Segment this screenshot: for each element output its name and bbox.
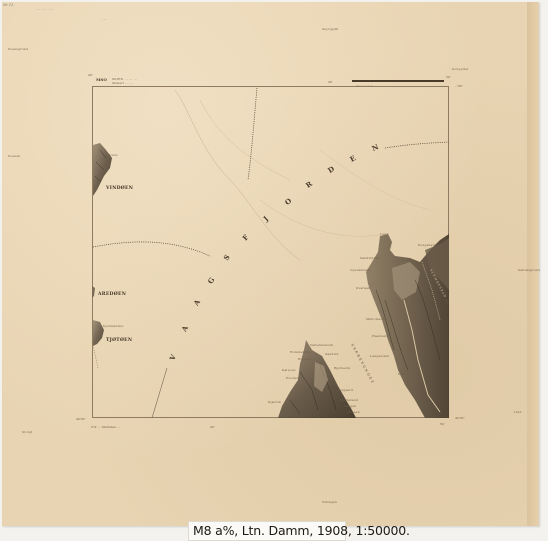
island-label: Tangen bbox=[344, 404, 356, 408]
coast-label: Opedalsund bbox=[350, 268, 370, 272]
catalog-label-text: M8 a%, Ltn. Damm, 1908, 1:50000. bbox=[193, 523, 410, 538]
island-label: Sandvik bbox=[325, 352, 339, 356]
place-vindoen: VINDØEN bbox=[106, 186, 133, 191]
island-label: Hommelvik bbox=[290, 350, 309, 354]
coast-label: Langenilan bbox=[370, 354, 389, 358]
coast-label: Kvales bbox=[398, 372, 409, 376]
island-label: Lilleøen bbox=[346, 410, 360, 414]
place-vindoen-small: Rindo bbox=[108, 153, 118, 157]
place-aredoen: AREDØEN bbox=[98, 292, 126, 297]
place-right-top: Kongshavn bbox=[418, 243, 437, 247]
island-label: Aasgaard bbox=[337, 388, 353, 392]
island-label: Hovden bbox=[286, 376, 299, 380]
island-label: Rosevik bbox=[298, 357, 311, 361]
island-label: Kjærvik bbox=[268, 400, 281, 404]
catalog-label: M8 a%, Ltn. Damm, 1908, 1:50000. bbox=[188, 521, 346, 541]
coast-label: Mellomsund bbox=[366, 317, 387, 321]
island-label: Steinsland bbox=[340, 398, 358, 402]
island-label: Bjørnevik bbox=[334, 366, 350, 370]
island-label: Vattelandsvik bbox=[310, 343, 333, 347]
map-drawing bbox=[0, 0, 548, 541]
coast-label: Lund bbox=[380, 232, 389, 236]
place-tjotoen: TJØTØEN bbox=[106, 338, 132, 343]
coast-label: Kvaraan bbox=[356, 286, 370, 290]
island-label: Kalvoen bbox=[282, 368, 296, 372]
coast-label: Haarsund bbox=[372, 334, 389, 338]
coast-label: Sandvikren bbox=[360, 256, 379, 260]
place-tjotoen-small: Kjøbmandsv bbox=[103, 324, 124, 328]
